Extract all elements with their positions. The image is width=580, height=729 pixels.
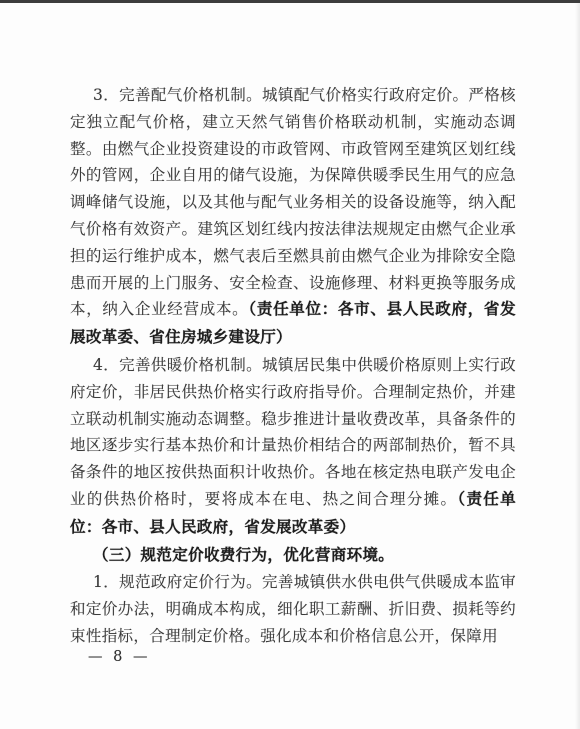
body-text: 3．完善配气价格机制。城镇配气价格实行政府定价。严格核定独立配气价格，建立天然气… [70,86,516,318]
section-heading-text: （三）规范定价收费行为，优化营商环境。 [93,547,394,564]
body-text: 1．规范政府定价行为。完善城镇供水供电供气供暖成本监审和定价办法，明确成本构成，… [70,573,516,645]
paragraph-item-1-government-pricing: 1．规范政府定价行为。完善城镇供水供电供气供暖成本监审和定价办法，明确成本构成，… [70,569,516,649]
paragraph-item-3-gas-distribution-pricing: 3．完善配气价格机制。城镇配气价格实行政府定价。严格核定独立配气价格，建立天然气… [70,82,516,352]
paragraph-item-4-heating-pricing: 4．完善供暖价格机制。城镇居民集中供暖价格原则上实行政府定价，非居民供热价格实行… [70,352,516,542]
scanned-document-page: 3．完善配气价格机制。城镇配气价格实行政府定价。严格核定独立配气价格，建立天然气… [0,0,580,729]
page-number: — 8 — [88,649,150,665]
section-heading-3: （三）规范定价收费行为，优化营商环境。 [70,542,516,570]
page-top-edge [0,0,580,3]
body-text: 4．完善供暖价格机制。城镇居民集中供暖价格原则上实行政府定价，非居民供热价格实行… [70,356,516,508]
document-body: 3．完善配气价格机制。城镇配气价格实行政府定价。严格核定独立配气价格，建立天然气… [70,82,516,650]
page-right-edge [575,3,580,729]
